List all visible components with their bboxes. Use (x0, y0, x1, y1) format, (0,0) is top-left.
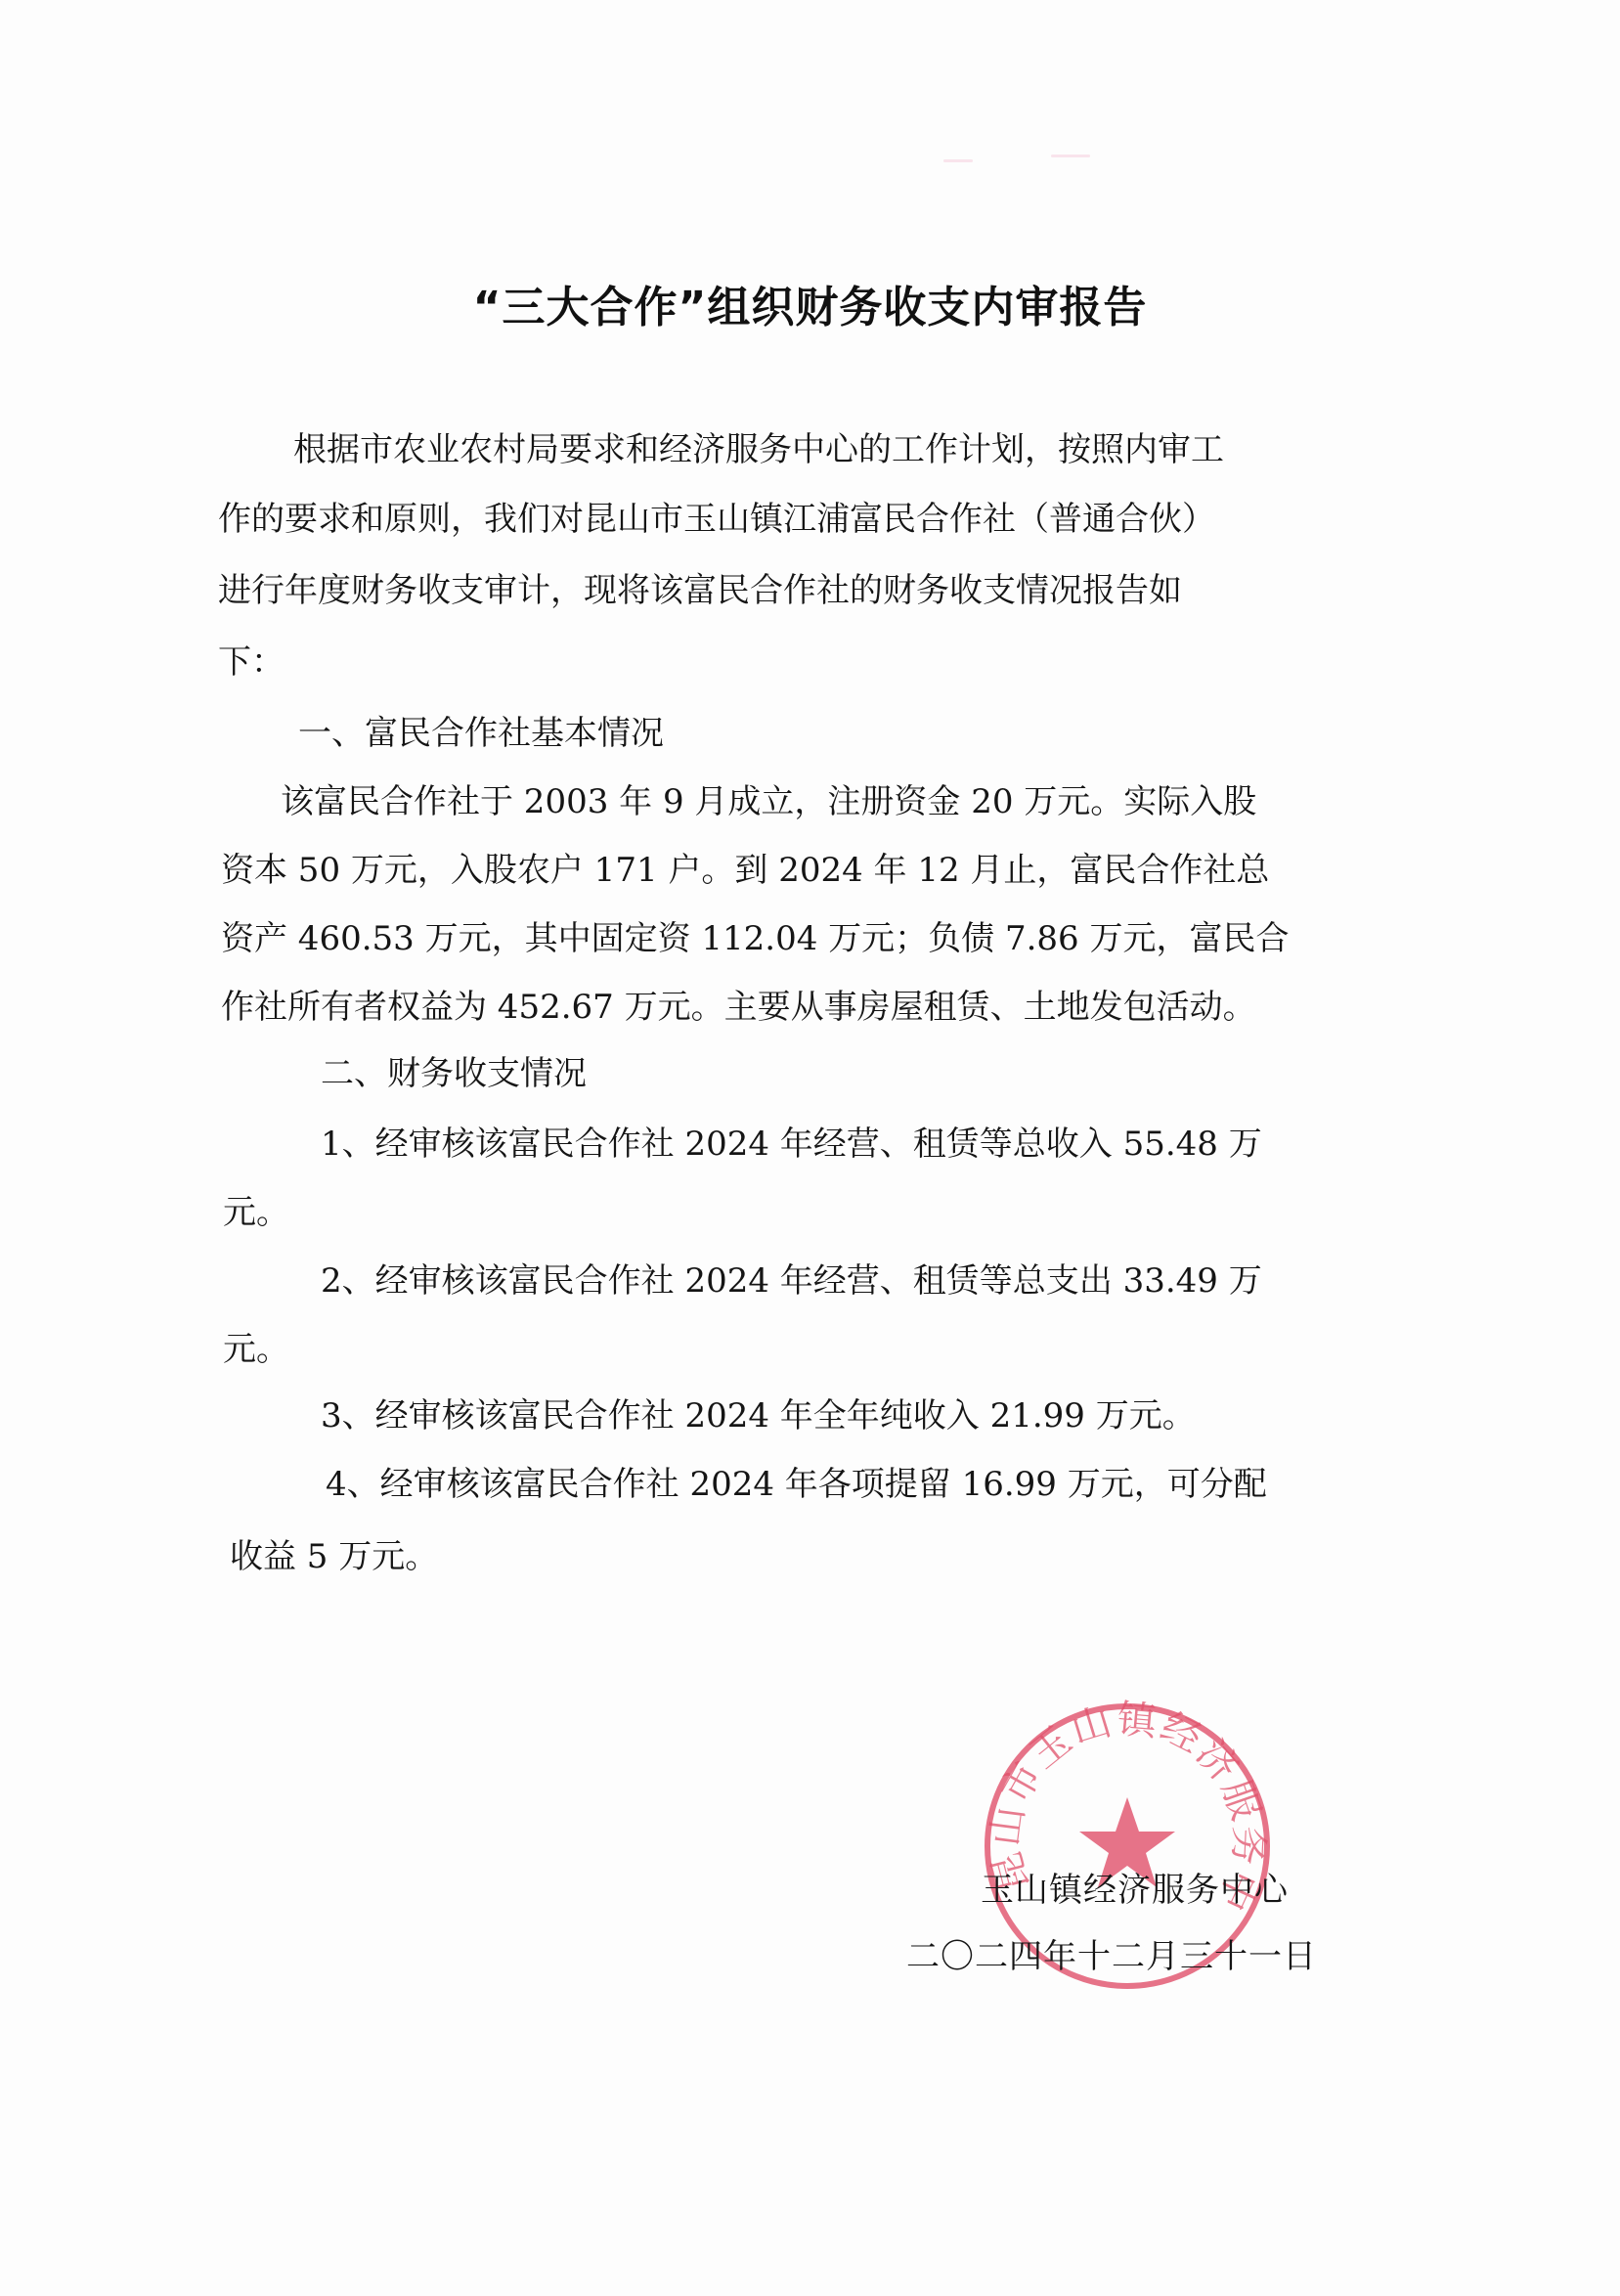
intro-line-2: 作的要求和原则，我们对昆山市玉山镇江浦富民合作社（普通合伙） (218, 500, 1215, 539)
section1-line-1: 该富民合作社于 2003 年 9 月成立，注册资金 20 万元。实际入股 (281, 782, 1256, 821)
section1-line-2: 资本 50 万元，入股农户 171 户。到 2024 年 12 月止，富民合作社… (221, 851, 1269, 890)
section1-heading: 一、富民合作社基本情况 (298, 714, 664, 753)
item-3-line-1: 3、经审核该富民合作社 2024 年全年纯收入 21.99 万元。 (321, 1396, 1196, 1435)
scan-artifact (1051, 155, 1090, 157)
item-2-line-1: 2、经审核该富民合作社 2024 年经营、租赁等总支出 33.49 万 (321, 1261, 1262, 1301)
section1-line-3: 资产 460.53 万元，其中固定资 112.04 万元；负债 7.86 万元，… (221, 919, 1289, 958)
item-1-line-2: 元。 (223, 1193, 289, 1232)
intro-line-4: 下： (218, 642, 285, 682)
item-2-line-2: 元。 (223, 1330, 289, 1369)
scan-artifact (943, 159, 973, 162)
item-4-line-2: 收益 5 万元。 (230, 1537, 438, 1576)
section1-line-4: 作社所有者权益为 452.67 万元。主要从事房屋租赁、土地发包活动。 (221, 988, 1256, 1027)
item-1-line-1: 1、经审核该富民合作社 2024 年经营、租赁等总收入 55.48 万 (321, 1125, 1262, 1164)
signature-date: 二〇二四年十二月三十一日 (906, 1929, 1317, 1977)
intro-line-1: 根据市农业农村局要求和经济服务中心的工作计划，按照内审工 (293, 430, 1224, 469)
document-title: “三大合作”组织财务收支内审报告 (0, 272, 1620, 334)
intro-line-3: 进行年度财务收支审计，现将该富民合作社的财务收支情况报告如 (218, 571, 1182, 610)
section2-heading: 二、财务收支情况 (321, 1054, 587, 1093)
document-page: “三大合作”组织财务收支内审报告 根据市农业农村局要求和经济服务中心的工作计划，… (0, 0, 1620, 2296)
signature-org: 玉山镇经济服务中心 (981, 1863, 1289, 1911)
item-4-line-1: 4、经审核该富民合作社 2024 年各项提留 16.99 万元，可分配 (326, 1465, 1267, 1504)
